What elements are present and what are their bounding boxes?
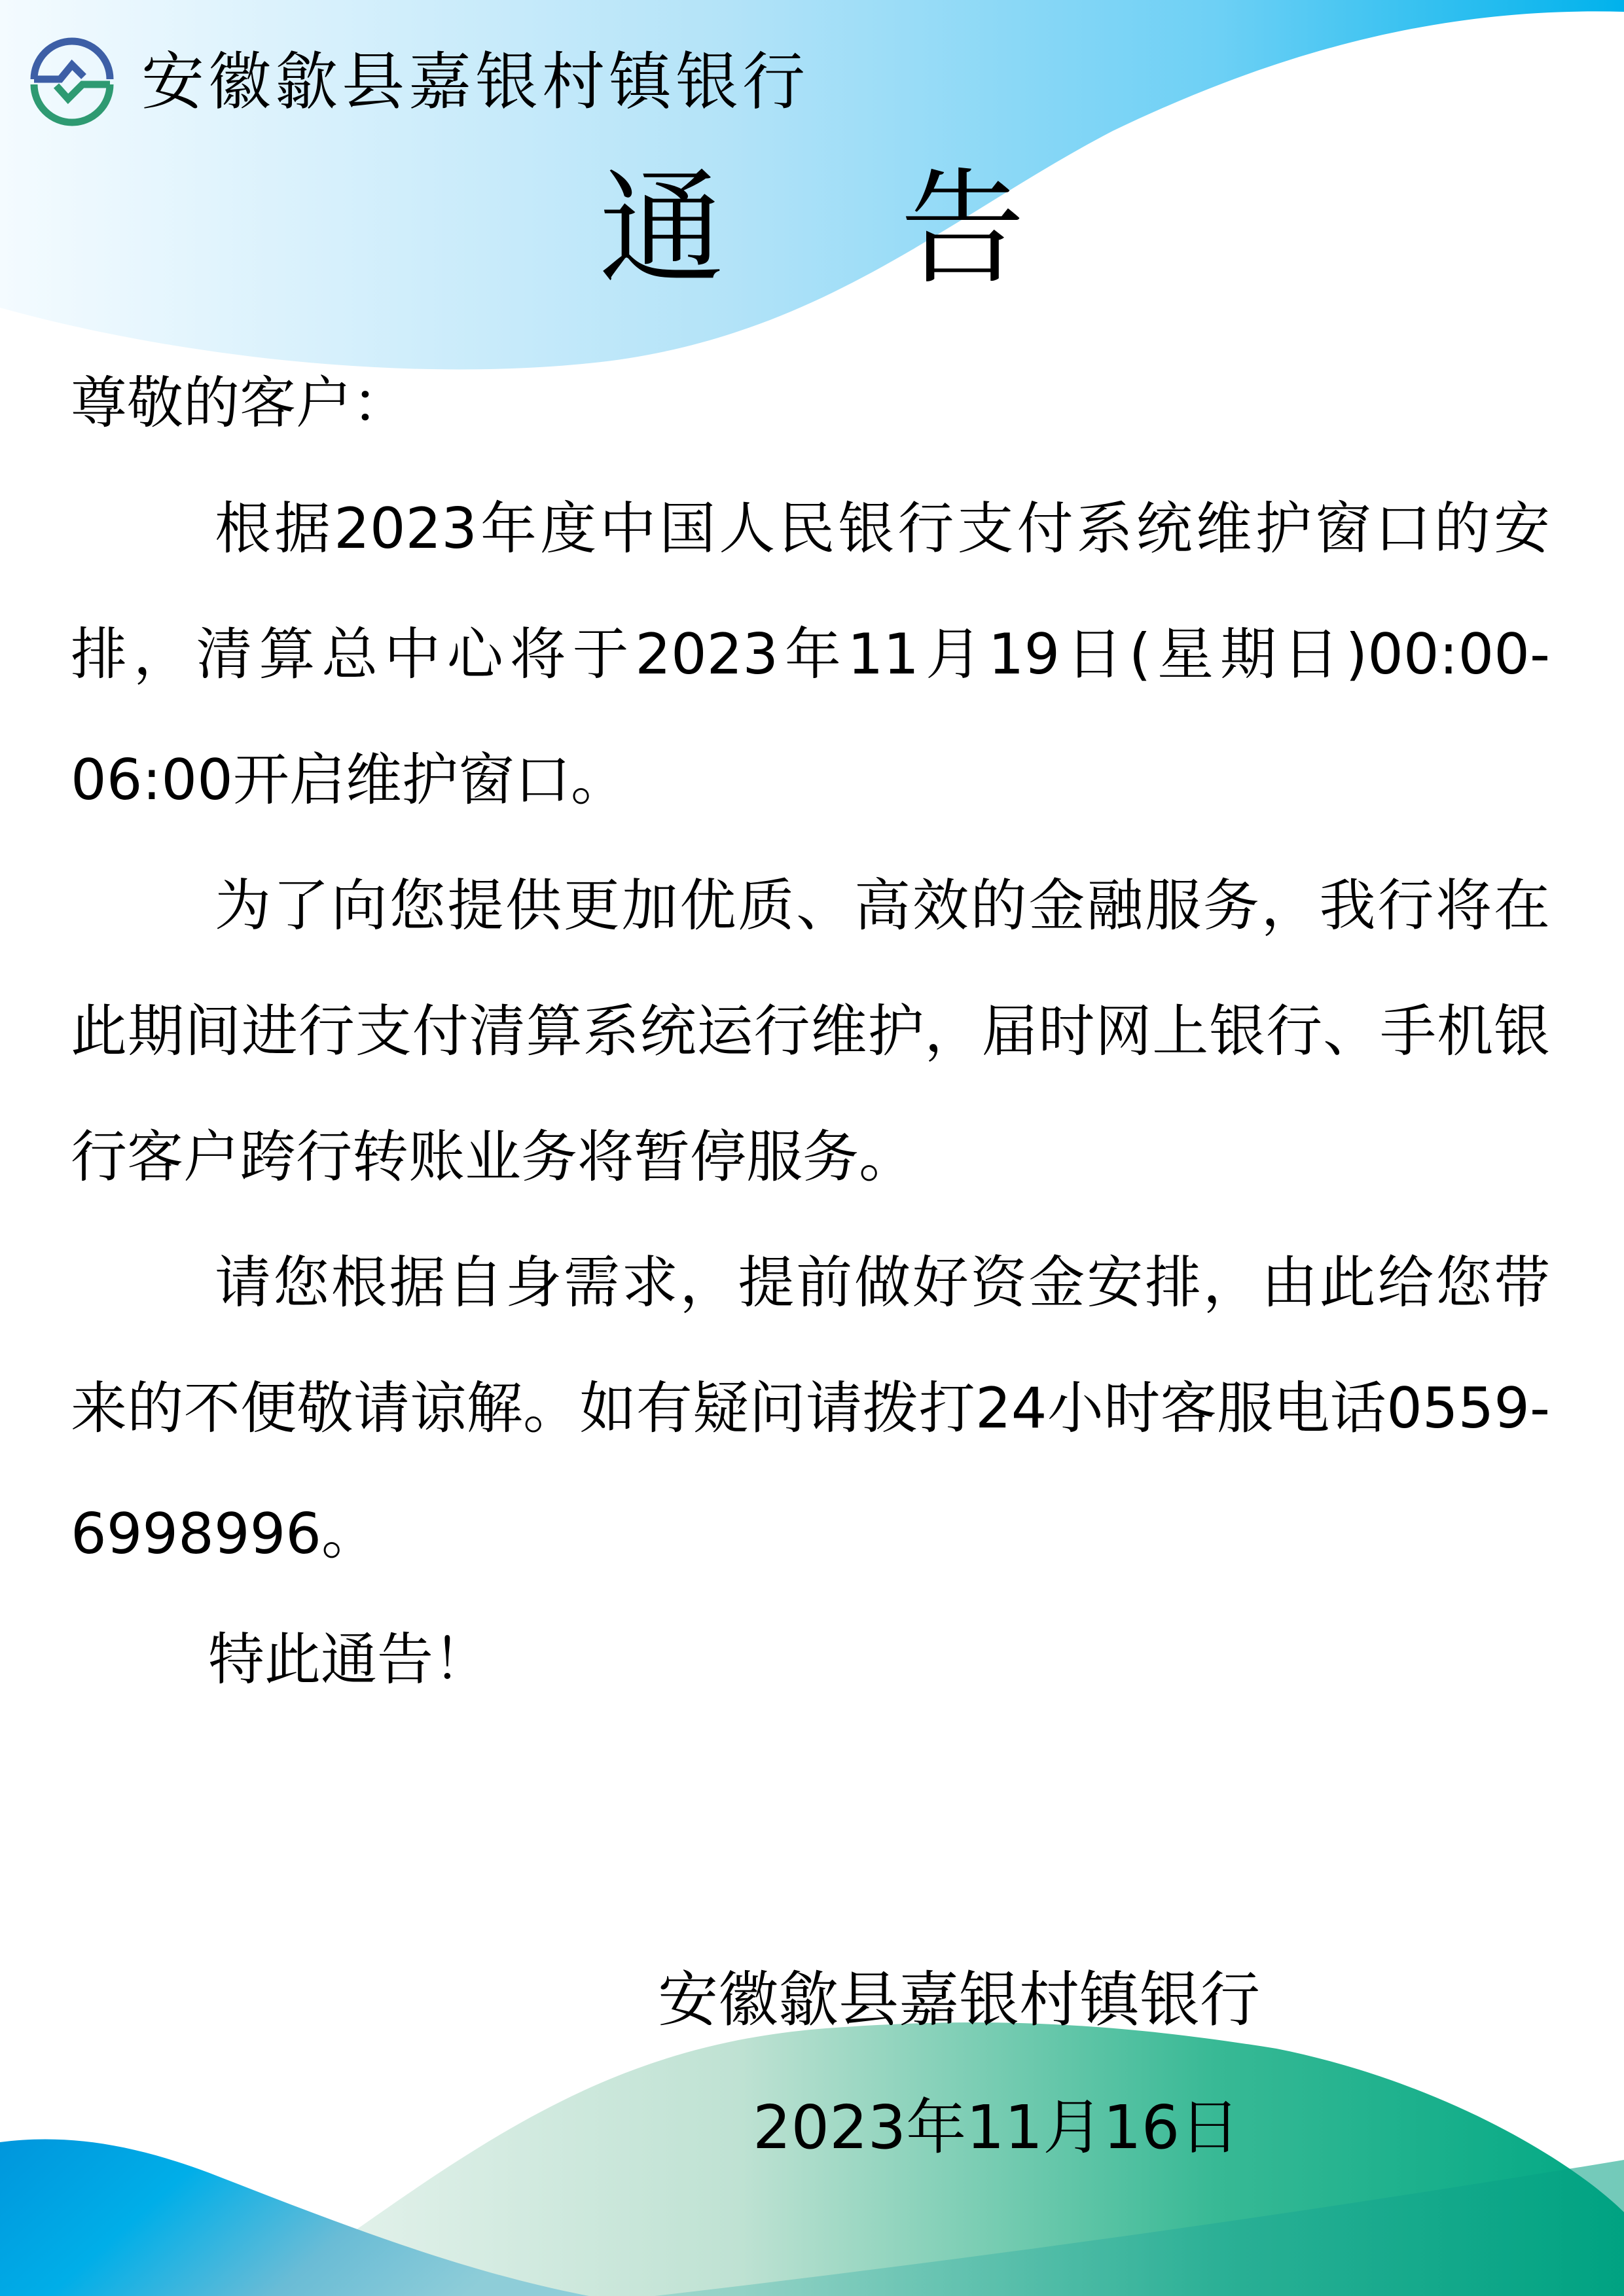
bank-logo-icon	[26, 36, 118, 128]
closing-remark: 特此通告！	[71, 1597, 1550, 1723]
page-title: 通告	[0, 167, 1624, 291]
title-char-2: 告	[901, 167, 1025, 291]
bank-header: 安徽歙县嘉银村镇银行	[26, 39, 809, 124]
title-char-1: 通	[599, 167, 723, 291]
salutation: 尊敬的客户：	[71, 340, 1550, 466]
signature-bank-name: 安徽歙县嘉银村镇银行	[658, 1970, 1260, 2030]
signature-date: 2023年11月16日	[753, 2098, 1240, 2158]
paragraph-service-suspension: 为了向您提供更加优质、高效的金融服务，我行将在此期间进行支付清算系统运行维护，届…	[71, 843, 1550, 1220]
bank-name-header: 安徽歙县嘉银村镇银行	[141, 50, 809, 113]
paragraph-contact-info: 请您根据自身需求，提前做好资金安排，由此给您带来的不便敬请谅解。如有疑问请拨打2…	[71, 1220, 1550, 1597]
notice-body: 尊敬的客户： 根据2023年度中国人民银行支付系统维护窗口的安排，清算总中心将于…	[71, 340, 1550, 1723]
paragraph-maintenance-window: 根据2023年度中国人民银行支付系统维护窗口的安排，清算总中心将于2023年11…	[71, 466, 1550, 843]
